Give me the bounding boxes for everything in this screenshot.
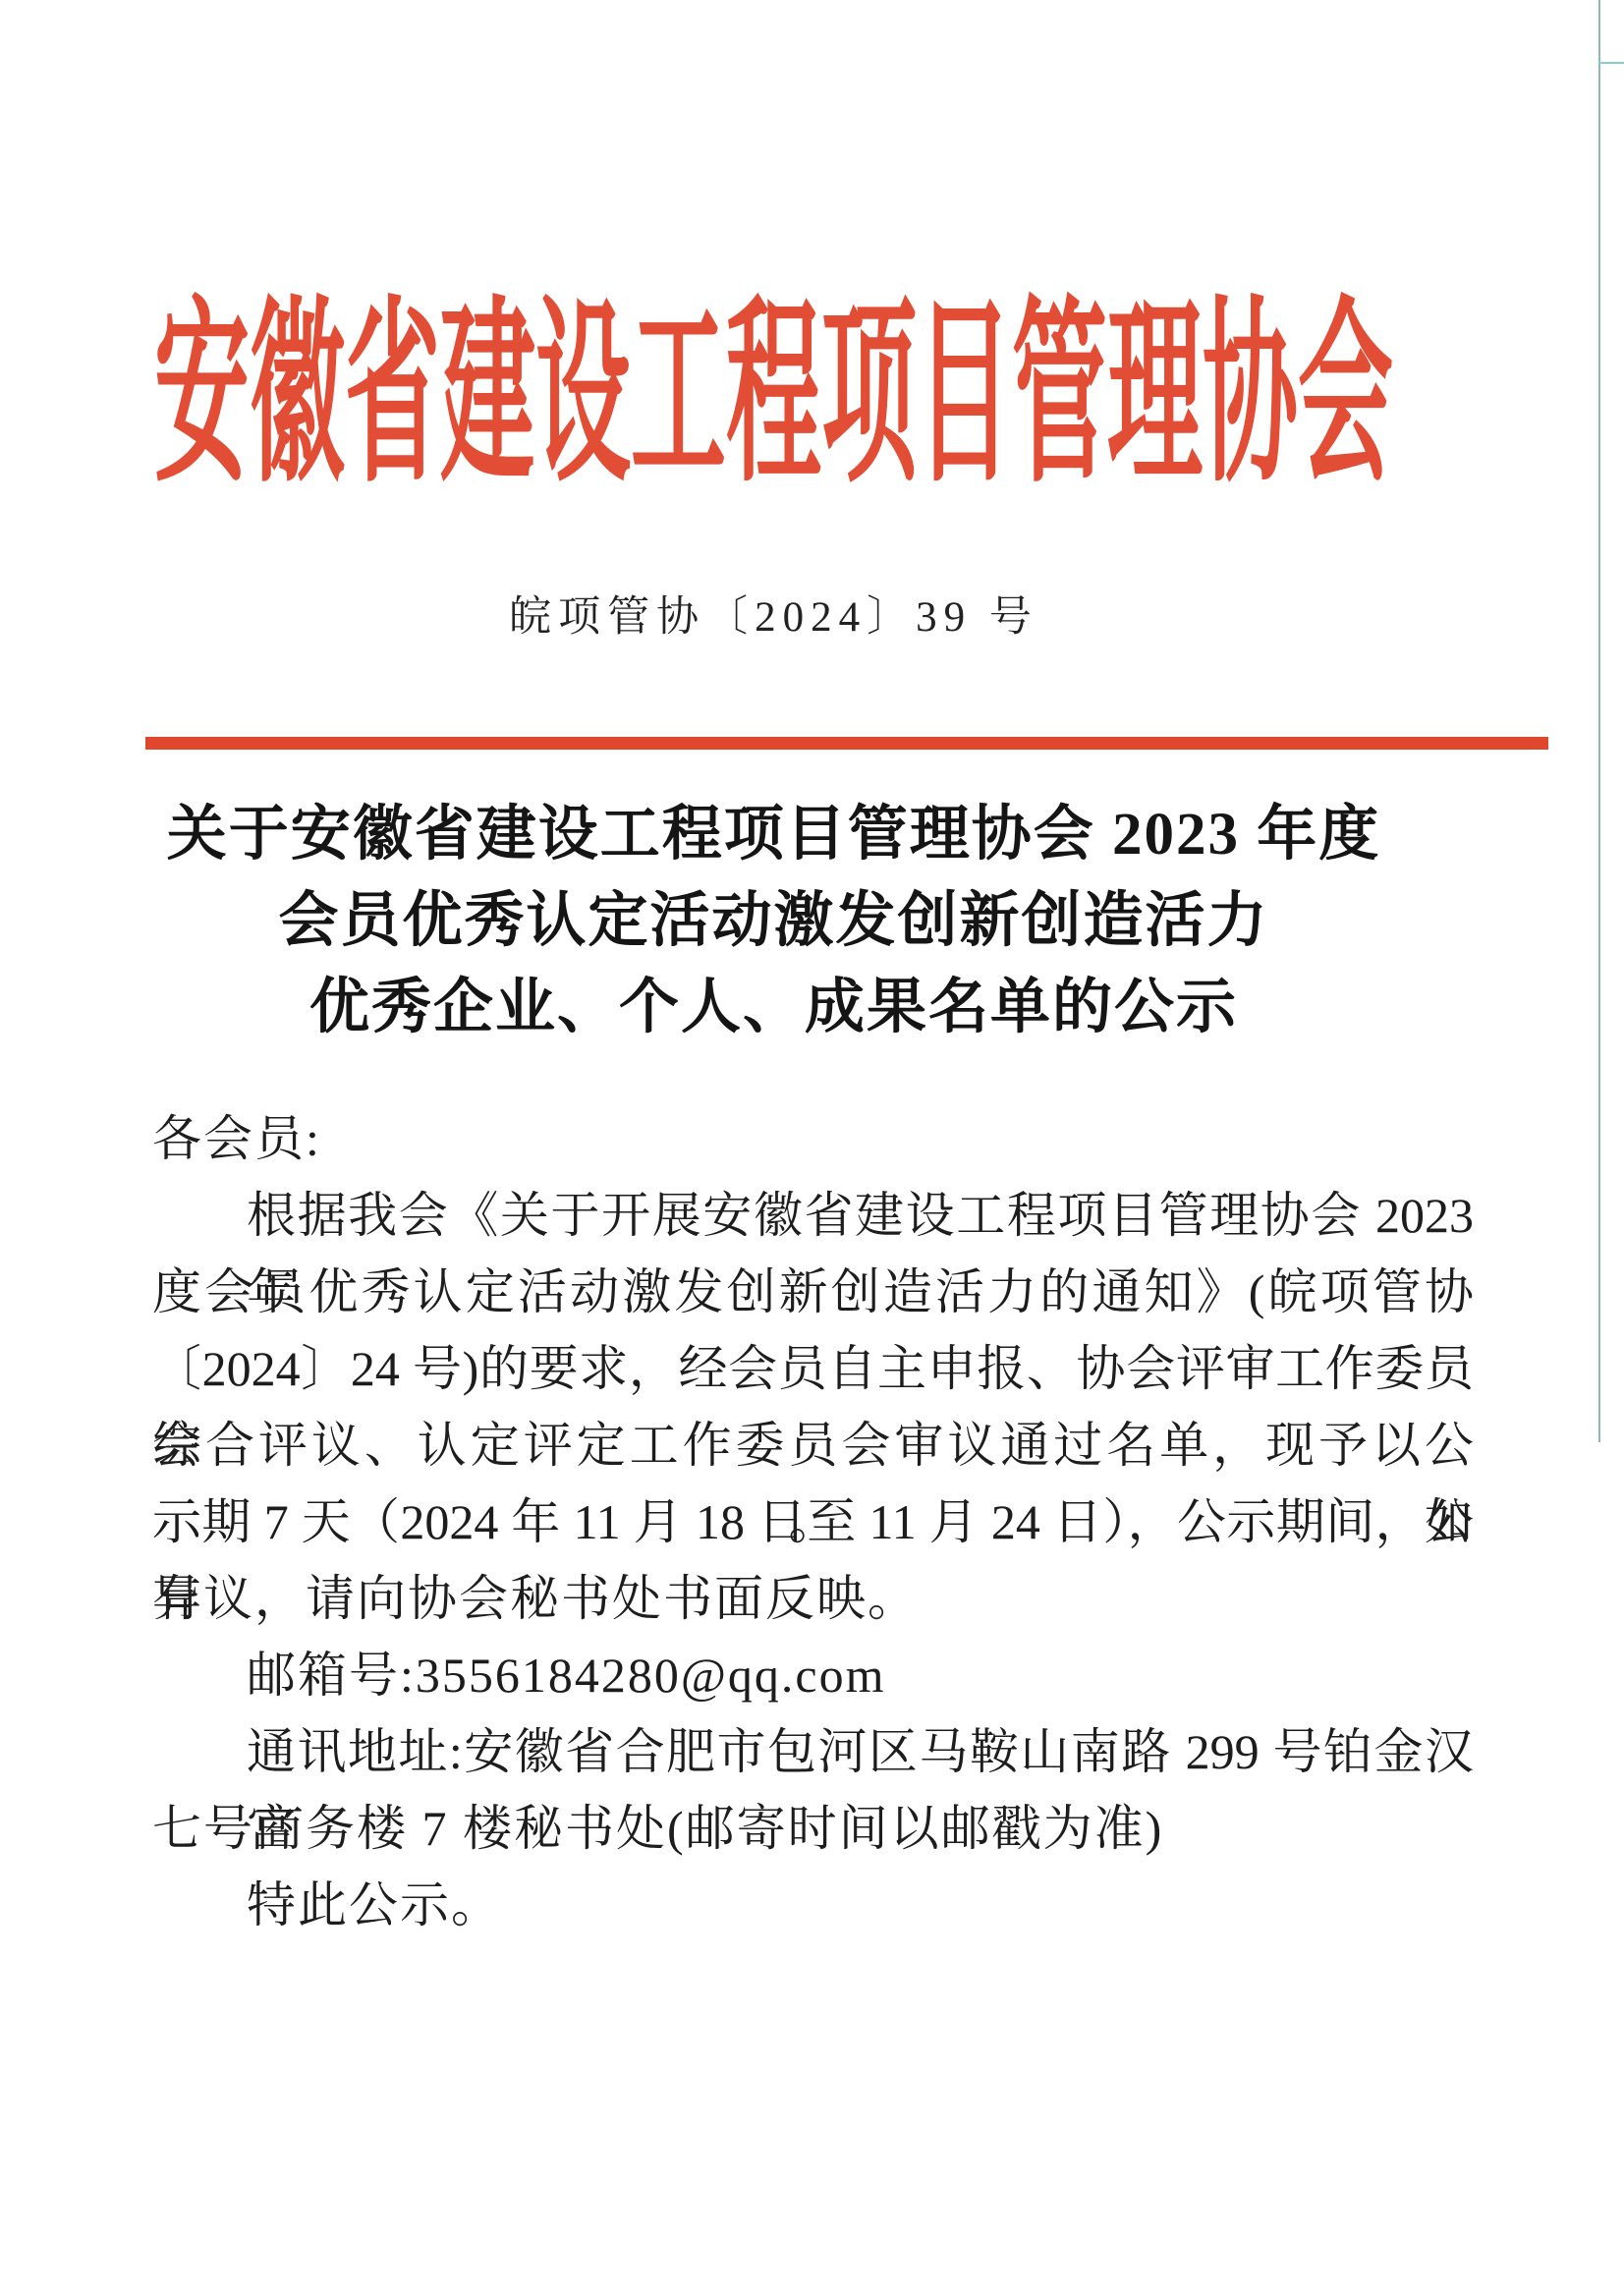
masthead-title: 安徽省建设工程项目管理协会 [0, 297, 1547, 495]
salutation: 各会员: [152, 1100, 1474, 1177]
notice-title-line-1: 关于安徽省建设工程项目管理协会 2023 年度 [0, 792, 1547, 878]
red-separator-rule [145, 737, 1548, 750]
notice-title-line-3: 优秀企业、个人、成果名单的公示 [0, 965, 1547, 1051]
closing-line: 特此公示。 [152, 1867, 1474, 1943]
body-line: 示期 7 天（2024 年 11 月 18 日至 11 月 24 日），公示期间… [152, 1483, 1474, 1560]
notice-title-line-2: 会员优秀认定活动激发创新创造活力 [0, 878, 1547, 965]
document-number: 皖项管协〔2024〕39 号 [0, 584, 1547, 644]
scan-artifact-vertical-line [1598, 0, 1600, 1442]
notice-title: 关于安徽省建设工程项目管理协会 2023 年度 会员优秀认定活动激发创新创造活力… [0, 792, 1547, 1051]
mailing-address-line-2: 七号商务楼 7 楼秘书处(邮寄时间以邮戳为准) [152, 1790, 1474, 1867]
scan-artifact-horizontal-tick [1599, 62, 1624, 64]
mailing-address-line: 通讯地址:安徽省合肥市包河区马鞍山南路 299 号铂金汉宫 [152, 1713, 1474, 1790]
notice-body: 各会员: 根据我会《关于开展安徽省建设工程项目管理协会 2023 年 度会员优秀… [152, 1100, 1474, 1943]
document-page: 安徽省建设工程项目管理协会 皖项管协〔2024〕39 号 关于安徽省建设工程项目… [0, 0, 1624, 2295]
body-line: 度会员优秀认定活动激发创新创造活力的通知》(皖项管协 [152, 1254, 1474, 1330]
body-line: 综合评议、认定评定工作委员会审议通过名单，现予以公示。公 [152, 1407, 1474, 1483]
email-address-line: 邮箱号:3556184280@qq.com [152, 1637, 1474, 1713]
body-line: 根据我会《关于开展安徽省建设工程项目管理协会 2023 年 [152, 1177, 1474, 1254]
body-line: 〔2024〕24 号)的要求，经会员自主申报、协会评审工作委员会 [152, 1330, 1474, 1407]
body-line: 异议，请向协会秘书处书面反映。 [152, 1560, 1474, 1637]
